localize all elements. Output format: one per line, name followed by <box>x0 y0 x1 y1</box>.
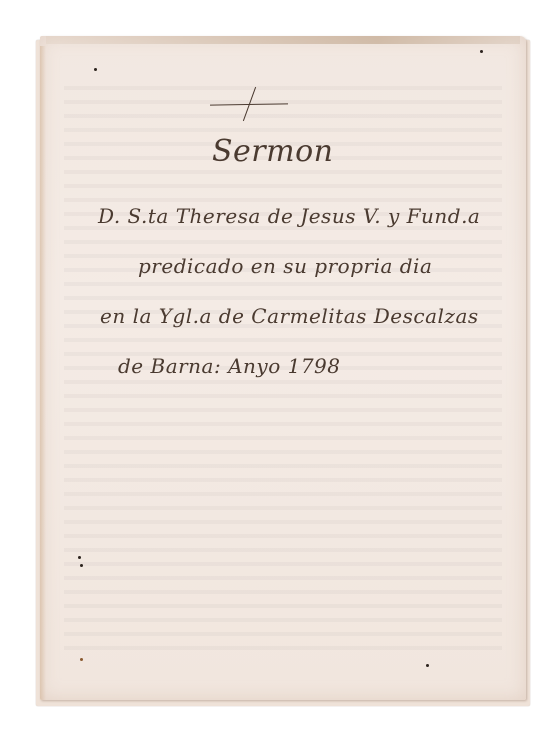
ink-speck <box>78 556 81 559</box>
top-edge-stain <box>46 36 520 44</box>
subtitle-line-3: en la Ygl.a de Carmelitas Descalzas <box>100 304 479 328</box>
subtitle-line-1: D. S.ta Theresa de Jesus V. y Fund.a <box>98 204 480 228</box>
ink-speck <box>426 664 429 667</box>
stain-speck <box>80 658 83 661</box>
ink-speck <box>480 50 483 53</box>
ink-speck <box>94 68 97 71</box>
manuscript-page: Sermon D. S.ta Theresa de Jesus V. y Fun… <box>40 36 526 700</box>
document-title: Sermon <box>212 134 333 169</box>
subtitle-line-2: predicado en su propria dia <box>138 254 432 278</box>
left-binding-edge <box>40 46 46 700</box>
subtitle-line-4: de Barna: Anyo 1798 <box>118 354 341 378</box>
ink-speck <box>80 564 83 567</box>
